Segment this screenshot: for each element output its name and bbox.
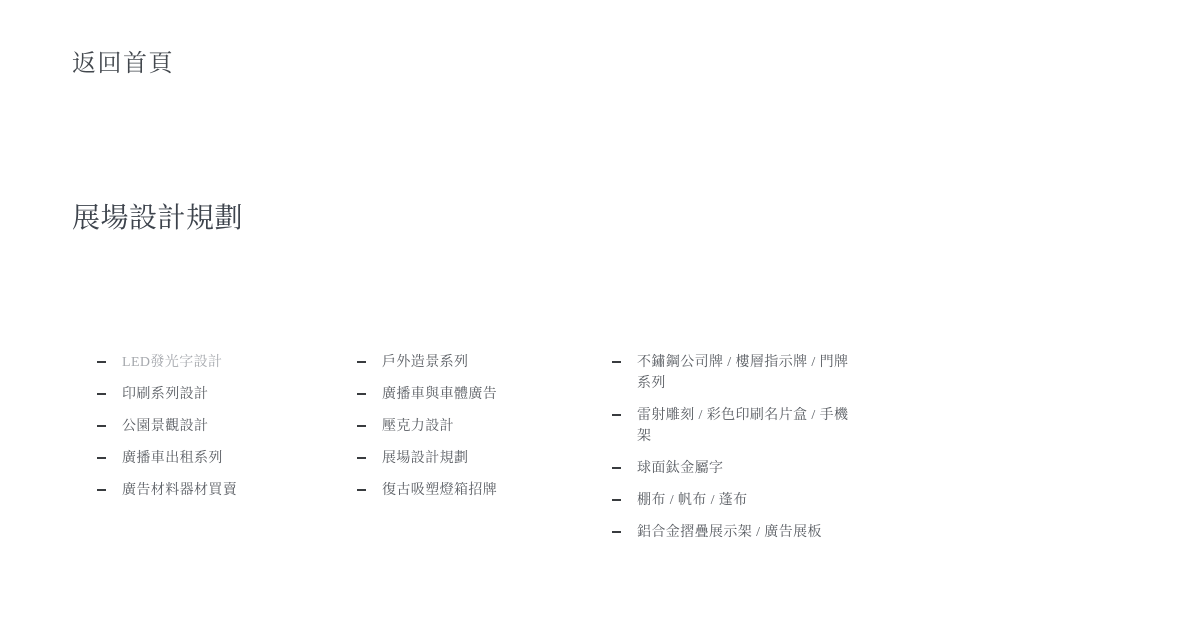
menu-item[interactable]: 鋁合金摺疊展示架 / 廣告展板	[612, 522, 862, 543]
dash-bullet-icon	[357, 489, 366, 491]
menu-item[interactable]: LED發光字設計	[97, 352, 357, 373]
dash-bullet-icon	[612, 414, 621, 416]
menu-item[interactable]: 壓克力設計	[357, 416, 612, 437]
menu-item-link[interactable]: 鋁合金摺疊展示架 / 廣告展板	[637, 522, 822, 543]
menu-item[interactable]: 廣告材料器材買賣	[97, 480, 357, 501]
menu-item-link[interactable]: 不鏽鋼公司牌 / 樓層指示牌 / 門牌系列	[637, 352, 852, 394]
menu-item-link[interactable]: 棚布 / 帆布 / 蓬布	[637, 490, 748, 511]
dash-bullet-icon	[97, 489, 106, 491]
dash-bullet-icon	[97, 425, 106, 427]
menu-item-link[interactable]: 展場設計規劃	[382, 448, 468, 469]
menu-column-2: 戶外造景系列廣播車與車體廣告壓克力設計展場設計規劃復古吸塑燈箱招牌	[357, 352, 612, 512]
menu-item-link[interactable]: 球面鈦金屬字	[637, 458, 723, 479]
menu-item[interactable]: 戶外造景系列	[357, 352, 612, 373]
menu-item[interactable]: 球面鈦金屬字	[612, 458, 862, 479]
dash-bullet-icon	[357, 393, 366, 395]
dash-bullet-icon	[357, 361, 366, 363]
menu-item[interactable]: 公園景觀設計	[97, 416, 357, 437]
menu-item-link[interactable]: 戶外造景系列	[382, 352, 468, 373]
dash-bullet-icon	[357, 457, 366, 459]
menu-item-link[interactable]: 廣告材料器材買賣	[122, 480, 237, 501]
menu-item-link[interactable]: 廣播車與車體廣告	[382, 384, 497, 405]
menu-item[interactable]: 不鏽鋼公司牌 / 樓層指示牌 / 門牌系列	[612, 352, 862, 394]
menu-item[interactable]: 棚布 / 帆布 / 蓬布	[612, 490, 862, 511]
dash-bullet-icon	[612, 531, 621, 533]
menu-item-link[interactable]: LED發光字設計	[122, 352, 222, 373]
menu-item-link[interactable]: 雷射雕刻 / 彩色印刷名片盒 / 手機架	[637, 405, 852, 447]
menu-item[interactable]: 廣播車出租系列	[97, 448, 357, 469]
dash-bullet-icon	[97, 457, 106, 459]
dash-bullet-icon	[612, 361, 621, 363]
dash-bullet-icon	[612, 467, 621, 469]
menu-item[interactable]: 廣播車與車體廣告	[357, 384, 612, 405]
dash-bullet-icon	[97, 361, 106, 363]
menu-item[interactable]: 展場設計規劃	[357, 448, 612, 469]
dash-bullet-icon	[357, 425, 366, 427]
menu-item-link[interactable]: 印刷系列設計	[122, 384, 208, 405]
menu-item-link[interactable]: 廣播車出租系列	[122, 448, 223, 469]
menu-item[interactable]: 印刷系列設計	[97, 384, 357, 405]
category-menu: LED發光字設計印刷系列設計公園景觀設計廣播車出租系列廣告材料器材買賣 戶外造景…	[97, 352, 862, 554]
back-home-link[interactable]: 返回首頁	[72, 50, 174, 78]
menu-item-link[interactable]: 壓克力設計	[382, 416, 454, 437]
menu-item-link[interactable]: 復古吸塑燈箱招牌	[382, 480, 497, 501]
menu-item[interactable]: 雷射雕刻 / 彩色印刷名片盒 / 手機架	[612, 405, 862, 447]
menu-item[interactable]: 復古吸塑燈箱招牌	[357, 480, 612, 501]
menu-column-1: LED發光字設計印刷系列設計公園景觀設計廣播車出租系列廣告材料器材買賣	[97, 352, 357, 512]
menu-item-link[interactable]: 公園景觀設計	[122, 416, 208, 437]
page-title: 展場設計規劃	[72, 201, 243, 237]
menu-column-3: 不鏽鋼公司牌 / 樓層指示牌 / 門牌系列雷射雕刻 / 彩色印刷名片盒 / 手機…	[612, 352, 862, 554]
dash-bullet-icon	[97, 393, 106, 395]
dash-bullet-icon	[612, 499, 621, 501]
